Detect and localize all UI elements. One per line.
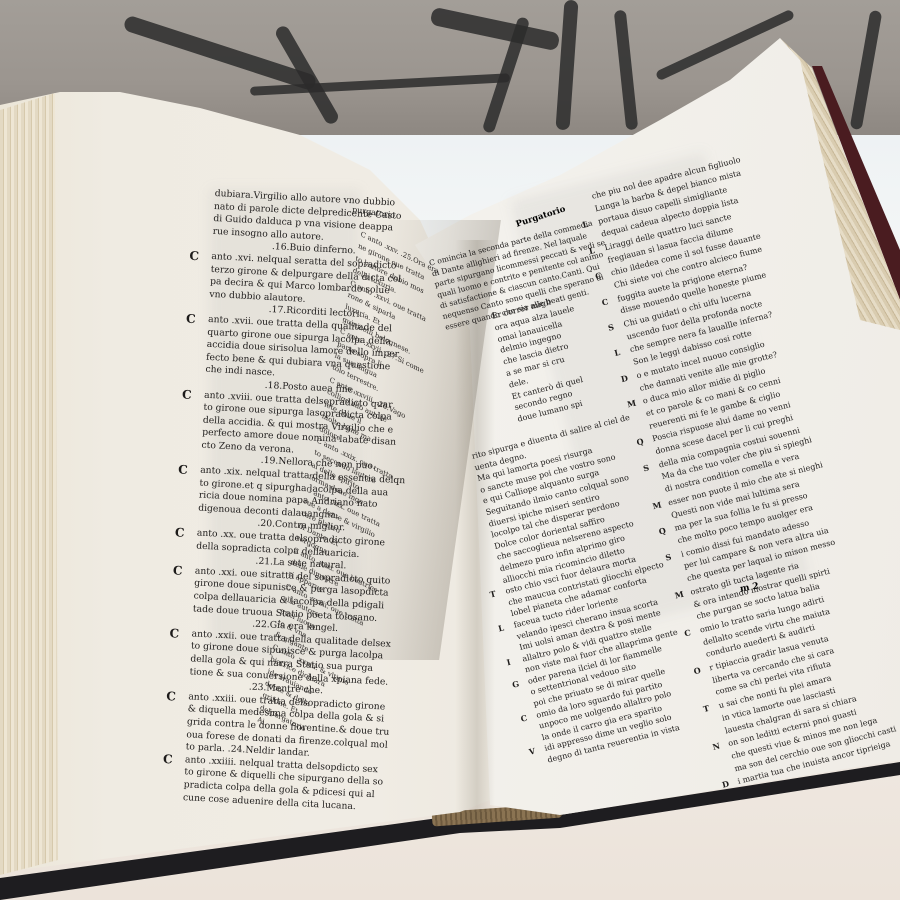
initial-letter: C	[169, 627, 179, 640]
initial-letter: C	[178, 464, 188, 477]
verse-initial	[701, 695, 717, 699]
brush-stroke	[850, 10, 883, 130]
verse-initial	[477, 319, 493, 323]
verse-initial	[720, 771, 736, 775]
verse-initial	[663, 543, 679, 547]
verse-initial	[710, 733, 726, 737]
verse-initial	[593, 262, 609, 266]
verse-initial	[503, 422, 519, 426]
verse-initial	[688, 645, 704, 649]
verse-initial	[577, 199, 593, 203]
verse-initial	[580, 211, 596, 215]
verse-initial	[631, 416, 647, 420]
verse-initial	[634, 429, 650, 433]
verse-initial	[717, 759, 733, 763]
verse-initial	[471, 515, 487, 519]
verse-initial	[491, 376, 507, 380]
verse-initial	[679, 607, 695, 611]
verse-initial	[480, 330, 496, 334]
initial-letter: C	[186, 313, 196, 326]
initial-letter: C	[166, 690, 176, 703]
verse-initial	[612, 339, 628, 343]
verse-initial	[691, 657, 707, 661]
verse-initial	[625, 391, 641, 395]
initial-letter: C	[173, 564, 183, 577]
initial-letter: C	[189, 250, 199, 263]
brush-stroke	[614, 10, 638, 131]
verse-initial	[606, 314, 622, 318]
brush-stroke	[555, 0, 578, 130]
verse-initial	[494, 388, 510, 392]
initial-letter: C	[163, 753, 173, 766]
photo-scene: purgatorio dubiara.Virgilio allo autore …	[0, 0, 900, 900]
brush-stroke	[430, 7, 561, 52]
verse-initial	[707, 721, 723, 725]
initial-letter: C	[175, 526, 185, 539]
verse-initial	[533, 763, 549, 767]
verse-initial	[698, 683, 714, 687]
verse-initial	[669, 569, 685, 573]
verse-initial	[599, 288, 615, 292]
verse-initial	[457, 459, 473, 463]
verse-initial	[672, 581, 688, 585]
verse-initial	[618, 365, 634, 369]
verse-initial	[485, 571, 501, 575]
verse-initial	[682, 619, 698, 623]
verse-initial	[586, 237, 602, 241]
verse-initial	[650, 492, 666, 496]
verse-initial	[647, 480, 663, 484]
verse-initial	[641, 454, 657, 458]
verse-initial	[656, 518, 672, 522]
initial-letter: C	[182, 388, 192, 401]
